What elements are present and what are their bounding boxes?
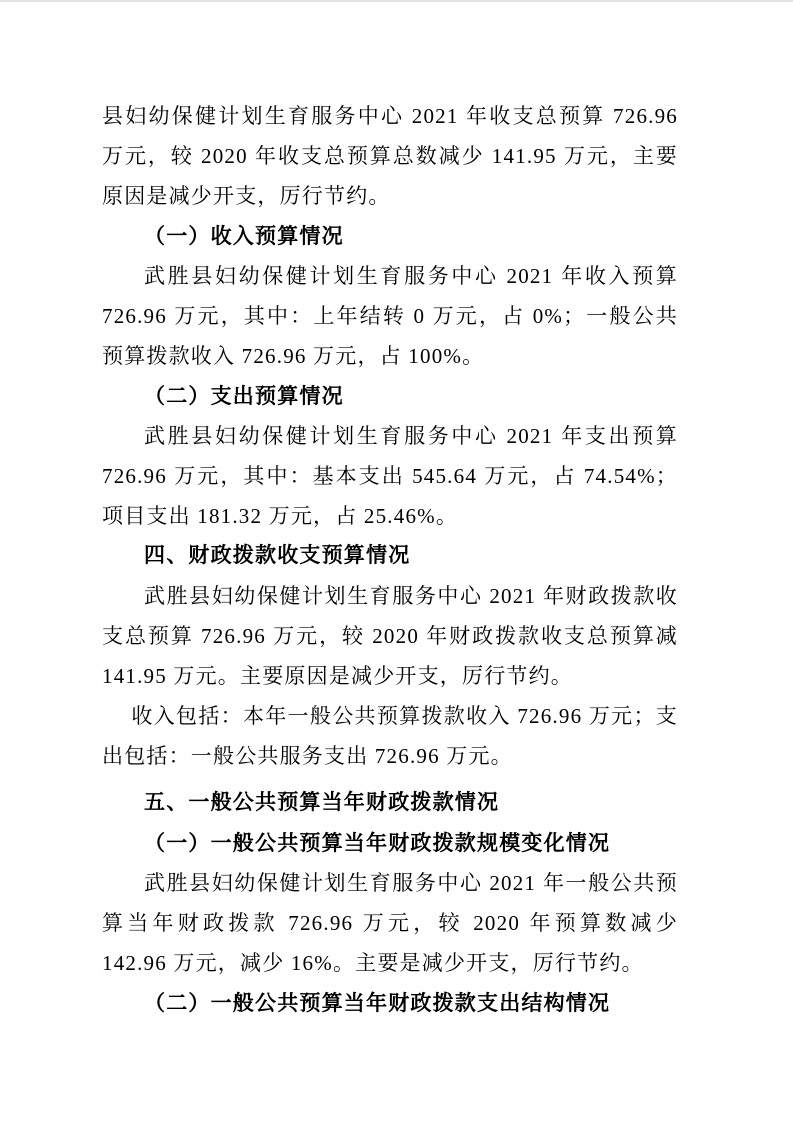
heading-appropriation-scale-change: （一）一般公共预算当年财政拨款规模变化情况 <box>102 823 678 863</box>
paragraph-income-budget: 武胜县妇幼保健计划生育服务中心 2021 年收入预算 726.96 万元，其中：… <box>102 256 678 376</box>
paragraph-expenditure-budget: 武胜县妇幼保健计划生育服务中心 2021 年支出预算 726.96 万元，其中：… <box>102 416 678 536</box>
heading-income-budget: （一）收入预算情况 <box>102 216 678 256</box>
paragraph-fiscal-appropriation-total: 武胜县妇幼保健计划生育服务中心 2021 年财政拨款收支总预算 726.96 万… <box>102 576 678 696</box>
document-body: 县妇幼保健计划生育服务中心 2021 年收支总预算 726.96 万元，较 20… <box>102 96 678 1023</box>
heading-expenditure-budget: （二）支出预算情况 <box>102 376 678 416</box>
heading-section4-fiscal-appropriation: 四、财政拨款收支预算情况 <box>102 536 678 576</box>
heading-expenditure-structure: （二）一般公共预算当年财政拨款支出结构情况 <box>102 983 678 1023</box>
paragraph-appropriation-scale-change: 武胜县妇幼保健计划生育服务中心 2021 年一般公共预算当年财政拨款 726.9… <box>102 863 678 983</box>
paragraph-total-budget-continuation: 县妇幼保健计划生育服务中心 2021 年收支总预算 726.96 万元，较 20… <box>102 96 678 216</box>
page-top-edge <box>0 0 793 2</box>
heading-section5-general-public-budget: 五、一般公共预算当年财政拨款情况 <box>102 783 678 823</box>
paragraph-income-expenditure-detail: 收入包括：本年一般公共预算拨款收入 726.96 万元；支出包括：一般公共服务支… <box>102 696 678 776</box>
document-page: 县妇幼保健计划生育服务中心 2021 年收支总预算 726.96 万元，较 20… <box>0 0 793 1122</box>
